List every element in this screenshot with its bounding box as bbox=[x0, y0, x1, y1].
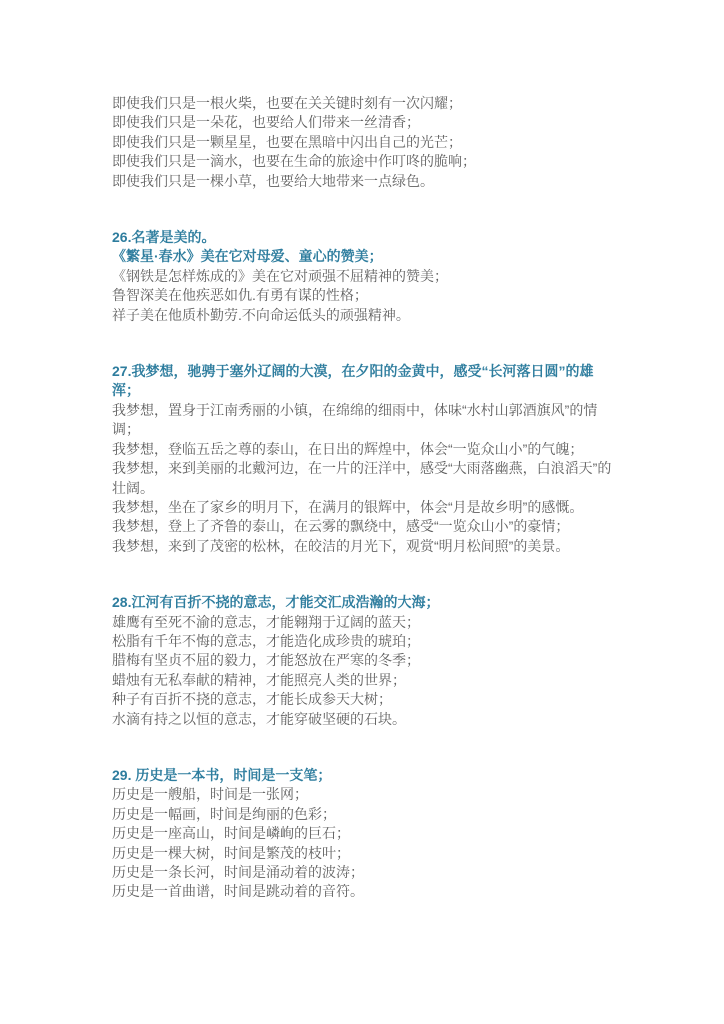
section-heading-line: 26.名著是美的。 bbox=[112, 228, 618, 247]
section-heading-line: 29. 历史是一本书，时间是一支笔； bbox=[112, 766, 618, 785]
text-line: 历史是一艘船，时间是一张网； bbox=[112, 785, 618, 804]
text-line: 雄鹰有至死不渝的意志，才能翱翔于辽阔的蓝天； bbox=[112, 613, 618, 632]
text-line: 历史是一座高山，时间是嶙峋的巨石； bbox=[112, 824, 618, 843]
text-line: 我梦想，来到了茂密的松林，在皎洁的月光下，观赏“明月松间照”的美景。 bbox=[112, 537, 618, 556]
section-heading-line: 27.我梦想，驰骋于塞外辽阔的大漠，在夕阳的金黄中，感受“长河落日圆”的雄浑； bbox=[112, 362, 618, 401]
excerpt-section: 26.名著是美的。《繁星·春水》美在它对母爱、童心的赞美；《钢铁是怎样炼成的》美… bbox=[112, 228, 618, 325]
text-line: 松脂有千年不悔的意志，才能造化成珍贵的琥珀； bbox=[112, 632, 618, 651]
text-line: 我梦想，坐在了家乡的明月下，在满月的银辉中，体会“月是故乡明”的感慨。 bbox=[112, 498, 618, 517]
text-line: 蜡烛有无私奉献的精神，才能照亮人类的世界； bbox=[112, 671, 618, 690]
text-line: 历史是一幅画，时间是绚丽的色彩； bbox=[112, 805, 618, 824]
text-line: 我梦想，登上了齐鲁的泰山，在云雾的飘绕中，感受“一览众山小”的豪情； bbox=[112, 517, 618, 536]
text-line: 鲁智深美在他疾恶如仇.有勇有谋的性格； bbox=[112, 286, 618, 305]
excerpt-section: 28.江河有百折不挠的意志，才能交汇成浩瀚的大海；雄鹰有至死不渝的意志，才能翱翔… bbox=[112, 593, 618, 729]
text-line: 历史是一棵大树，时间是繁茂的枝叶； bbox=[112, 844, 618, 863]
text-line: 《钢铁是怎样炼成的》美在它对顽强不屈精神的赞美； bbox=[112, 267, 618, 286]
text-line: 祥子美在他质朴勤劳.不向命运低头的顽强精神。 bbox=[112, 306, 618, 325]
text-line: 我梦想，置身于江南秀丽的小镇，在绵绵的细雨中，体味“水村山郭酒旗风”的情调； bbox=[112, 401, 618, 440]
text-line: 即使我们只是一朵花，也要给人们带来一丝清香； bbox=[112, 113, 618, 132]
text-line: 即使我们只是一根火柴，也要在关关键时刻有一次闪耀； bbox=[112, 94, 618, 113]
text-line: 即使我们只是一颗星星，也要在黑暗中闪出自己的光芒； bbox=[112, 133, 618, 152]
excerpt-section: 27.我梦想，驰骋于塞外辽阔的大漠，在夕阳的金黄中，感受“长河落日圆”的雄浑；我… bbox=[112, 362, 618, 556]
text-line: 种子有百折不挠的意志，才能长成参天大树； bbox=[112, 690, 618, 709]
text-line: 我梦想，登临五岳之尊的泰山，在日出的辉煌中，体会“一览众山小”的气魄； bbox=[112, 440, 618, 459]
text-line: 历史是一首曲谱，时间是跳动着的音符。 bbox=[112, 882, 618, 901]
document-content: 即使我们只是一根火柴，也要在关关键时刻有一次闪耀；即使我们只是一朵花，也要给人们… bbox=[0, 0, 724, 902]
text-line: 水滴有持之以恒的意志，才能穿破坚硬的石块。 bbox=[112, 710, 618, 729]
text-line: 即使我们只是一棵小草，也要给大地带来一点绿色。 bbox=[112, 172, 618, 191]
text-line: 历史是一条长河，时间是涌动着的波涛； bbox=[112, 863, 618, 882]
section-heading-line: 《繁星·春水》美在它对母爱、童心的赞美； bbox=[112, 247, 618, 266]
document-page: 即使我们只是一根火柴，也要在关关键时刻有一次闪耀；即使我们只是一朵花，也要给人们… bbox=[0, 0, 724, 1024]
section-heading-line: 28.江河有百折不挠的意志，才能交汇成浩瀚的大海； bbox=[112, 593, 618, 612]
text-line: 即使我们只是一滴水，也要在生命的旅途中作叮咚的脆响； bbox=[112, 152, 618, 171]
excerpt-section: 29. 历史是一本书，时间是一支笔；历史是一艘船，时间是一张网；历史是一幅画，时… bbox=[112, 766, 618, 902]
excerpt-section: 即使我们只是一根火柴，也要在关关键时刻有一次闪耀；即使我们只是一朵花，也要给人们… bbox=[112, 94, 618, 191]
text-line: 我梦想，来到美丽的北戴河边，在一片的汪洋中，感受“大雨落幽燕，白浪滔天”的壮阔。 bbox=[112, 459, 618, 498]
text-line: 腊梅有坚贞不屈的毅力，才能怒放在严寒的冬季； bbox=[112, 651, 618, 670]
